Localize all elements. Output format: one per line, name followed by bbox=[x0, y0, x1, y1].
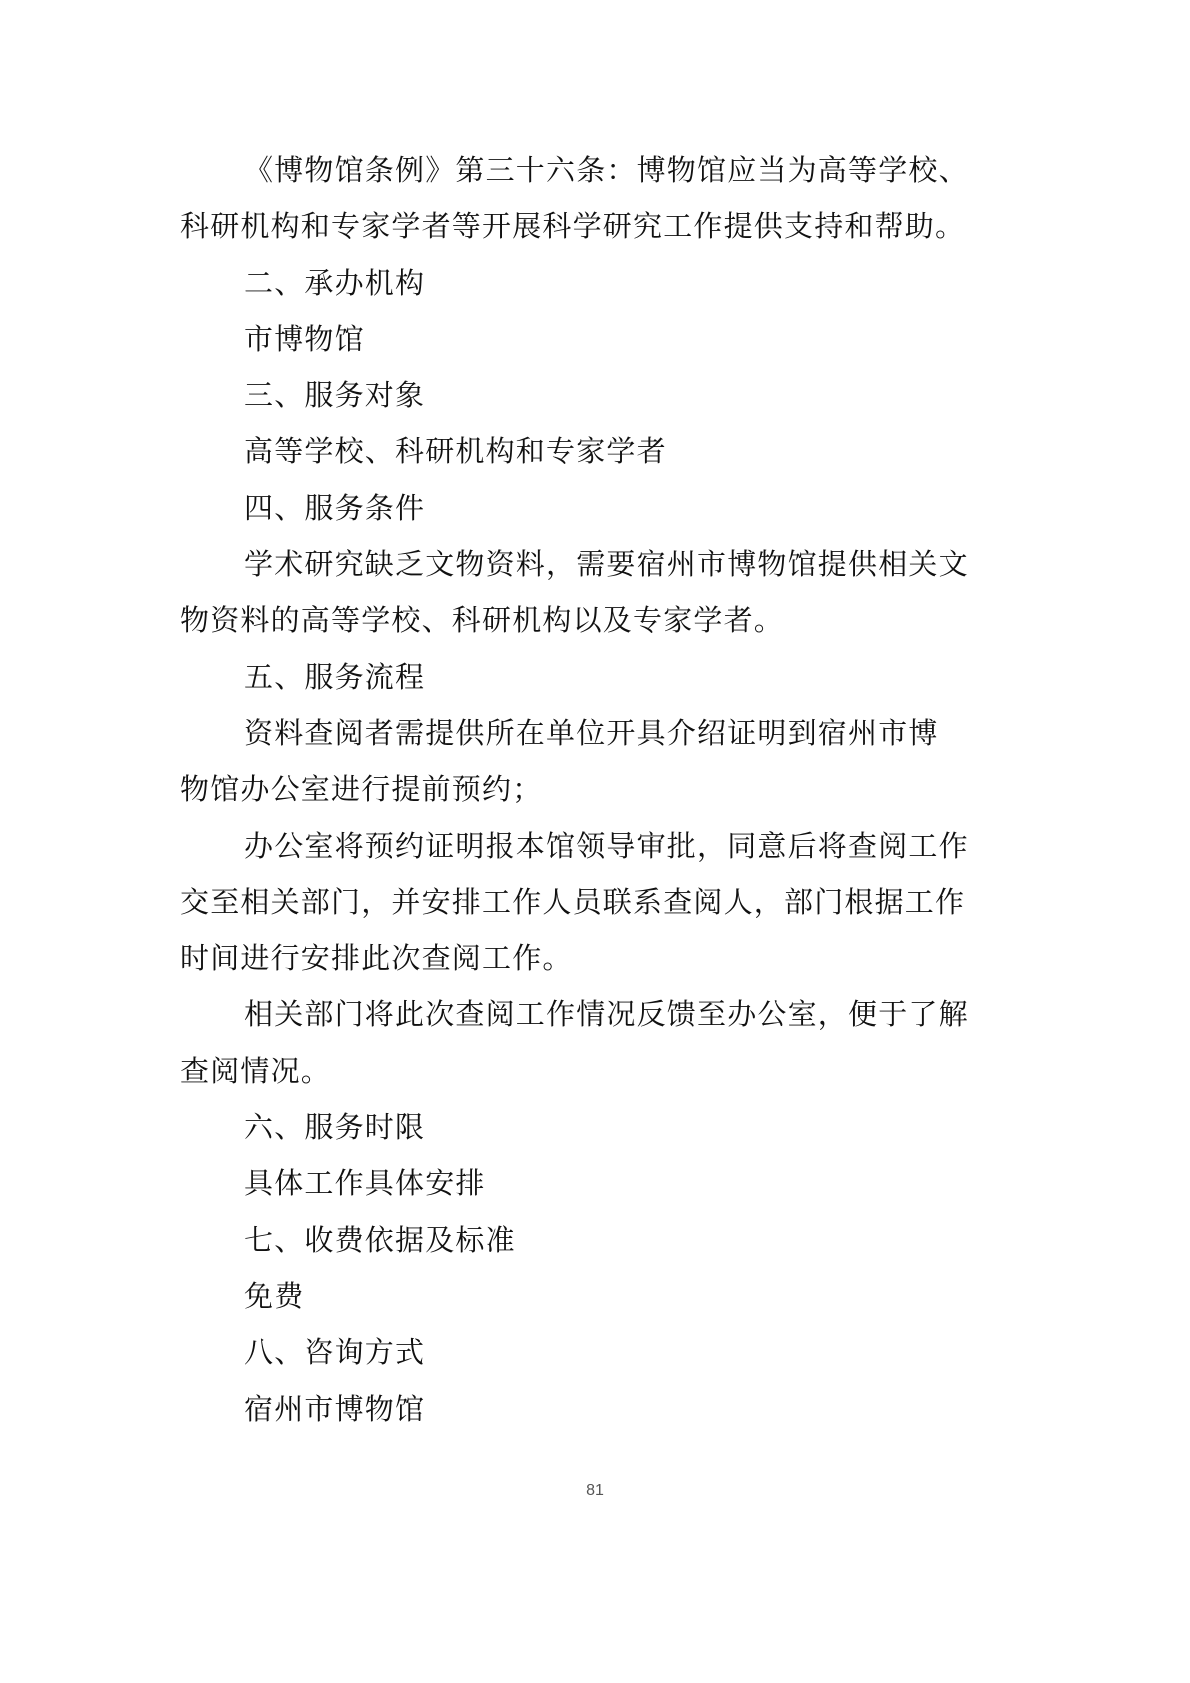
text-line: 物馆办公室进行提前预约； bbox=[180, 761, 1020, 817]
text-line: 时间进行安排此次查阅工作。 bbox=[180, 930, 1020, 986]
section-heading: 四、服务条件 bbox=[180, 480, 1020, 536]
section-heading: 八、咨询方式 bbox=[180, 1324, 1020, 1380]
text-line: 科研机构和专家学者等开展科学研究工作提供支持和帮助。 bbox=[180, 198, 1020, 254]
document-page: 《博物馆条例》第三十六条：博物馆应当为高等学校、 科研机构和专家学者等开展科学研… bbox=[0, 0, 1190, 1683]
body-text: 《博物馆条例》第三十六条：博物馆应当为高等学校、 科研机构和专家学者等开展科学研… bbox=[180, 142, 1020, 1437]
text-line: 物资料的高等学校、科研机构以及专家学者。 bbox=[180, 592, 1020, 648]
section-heading: 三、服务对象 bbox=[180, 367, 1020, 423]
text-line: 办公室将预约证明报本馆领导审批，同意后将查阅工作 bbox=[180, 818, 1020, 874]
text-line: 相关部门将此次查阅工作情况反馈至办公室，便于了解 bbox=[180, 986, 1020, 1042]
text-line: 宿州市博物馆 bbox=[180, 1381, 1020, 1437]
section-heading: 六、服务时限 bbox=[180, 1099, 1020, 1155]
section-heading: 二、承办机构 bbox=[180, 255, 1020, 311]
text-line: 资料查阅者需提供所在单位开具介绍证明到宿州市博 bbox=[180, 705, 1020, 761]
text-line: 免费 bbox=[180, 1268, 1020, 1324]
page-number: 81 bbox=[0, 1482, 1190, 1500]
text-line: 具体工作具体安排 bbox=[180, 1155, 1020, 1211]
text-line: 《博物馆条例》第三十六条：博物馆应当为高等学校、 bbox=[180, 142, 1020, 198]
section-heading: 七、收费依据及标准 bbox=[180, 1212, 1020, 1268]
text-line: 交至相关部门，并安排工作人员联系查阅人，部门根据工作 bbox=[180, 874, 1020, 930]
text-line: 高等学校、科研机构和专家学者 bbox=[180, 423, 1020, 479]
text-line: 学术研究缺乏文物资料，需要宿州市博物馆提供相关文 bbox=[180, 536, 1020, 592]
section-heading: 五、服务流程 bbox=[180, 649, 1020, 705]
text-line: 查阅情况。 bbox=[180, 1043, 1020, 1099]
text-line: 市博物馆 bbox=[180, 311, 1020, 367]
